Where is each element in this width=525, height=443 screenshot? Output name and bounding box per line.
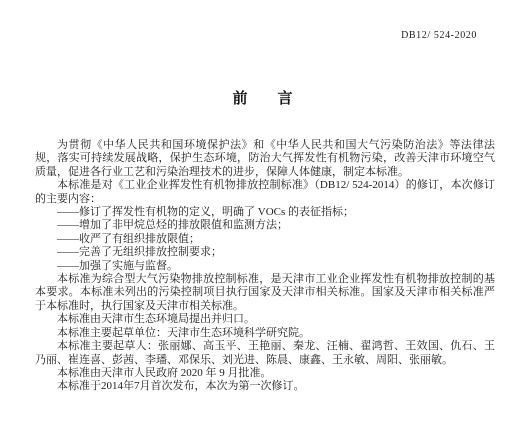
paragraph-drafting-org: 本标准主要起草单位：天津市生态环境科学研究院。: [35, 327, 495, 340]
revision-item-4: ——完善了无组织排放控制要求；: [35, 246, 495, 259]
page-title: 前 言: [0, 87, 525, 108]
paragraph-drafters: 本标准主要起草人：张丽娜、高玉平、王艳丽、秦龙、汪楠、翟鸿哲、王效国、仇石、王乃…: [35, 340, 495, 367]
paragraph-revision-basis: 本标准是对《工业企业挥发性有机物排放控制标准》（DB12/ 524-2014）的…: [35, 179, 495, 206]
foreword-body: 为贯彻《中华人民共和国环境保护法》和《中华人民共和国大气污染防治法》等法律法规，…: [35, 139, 495, 394]
paragraph-scope: 本标准为综合型大气污染物排放控制标准，是天津市工业企业挥发性有机物排放控制的基本…: [35, 273, 495, 313]
paragraph-history: 本标准于2014年7月首次发布，本次为第一次修订。: [35, 380, 495, 393]
revision-item-2: ——增加了非甲烷总烃的排放限值和监测方法；: [35, 219, 495, 232]
standard-code: DB12/ 524-2020: [401, 30, 477, 41]
revision-item-3: ——收严了有组织排放限值；: [35, 233, 495, 246]
document-page: DB12/ 524-2020 前 言 为贯彻《中华人民共和国环境保护法》和《中华…: [0, 0, 525, 443]
paragraph-proposer: 本标准由天津市生态环境局提出并归口。: [35, 313, 495, 326]
revision-item-5: ——加强了实施与监督。: [35, 260, 495, 273]
paragraph-approval: 本标准由天津市人民政府 2020 年 9 月批准。: [35, 367, 495, 380]
revision-item-1: ——修订了挥发性有机物的定义，明确了 VOCs 的表征指标；: [35, 206, 495, 219]
paragraph-intro: 为贯彻《中华人民共和国环境保护法》和《中华人民共和国大气污染防治法》等法律法规，…: [35, 139, 495, 179]
